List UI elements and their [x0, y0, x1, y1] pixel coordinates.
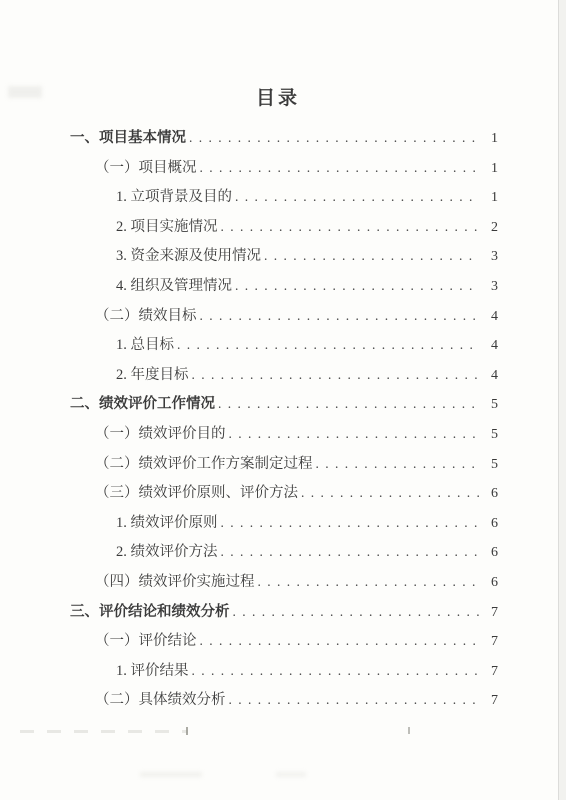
dot-leader: . . . . . . . . . . . . . . . . . . . . …: [177, 330, 479, 360]
toc-entry-label: （四）绩效评价实施过程: [95, 568, 255, 598]
toc-page-number: 6: [484, 479, 498, 509]
toc-page-number: 4: [484, 331, 498, 361]
dot-leader: . . . . . . . . . . . . . . . . . . . . …: [258, 567, 480, 597]
toc-page-number: 5: [484, 450, 498, 480]
scan-smudge-bottom-2: [276, 772, 306, 777]
toc-entry-label: （三）绩效评价原则、评价方法: [95, 479, 298, 509]
toc-row: （三）绩效评价原则、评价方法 . . . . . . . . . . . . .…: [70, 478, 498, 508]
toc-page-number: 3: [484, 272, 498, 302]
dot-leader: . . . . . . . . . . . . . . . . . . . . …: [192, 360, 480, 390]
dot-leader: . . . . . . . . . . . . . . . . . . . . …: [264, 241, 479, 271]
toc-page-number: 2: [484, 213, 498, 243]
page-title: 目录: [0, 83, 556, 110]
toc-page-number: 6: [484, 538, 498, 568]
toc-page-number: 6: [484, 568, 498, 598]
toc-row: （二）具体绩效分析 . . . . . . . . . . . . . . . …: [70, 685, 498, 715]
toc-row: （四）绩效评价实施过程 . . . . . . . . . . . . . . …: [70, 567, 498, 597]
dot-leader: . . . . . . . . . . . . . . . . . . . . …: [221, 537, 480, 567]
scan-smudge-bottom-1: [140, 772, 202, 777]
dot-leader: . . . . . . . . . . . . . . . . . . . . …: [229, 685, 480, 715]
dot-leader: . . . . . . . . . . . . . . . . . . . . …: [233, 597, 480, 627]
toc-page-number: 1: [484, 154, 498, 184]
toc-row: （二）绩效目标 . . . . . . . . . . . . . . . . …: [70, 301, 498, 331]
toc-row: 4. 组织及管理情况 . . . . . . . . . . . . . . .…: [70, 271, 498, 301]
toc-entry-label: （二）具体绩效分析: [95, 686, 226, 716]
scan-tick-mark-right: [408, 727, 410, 734]
dot-leader: . . . . . . . . . . . . . . . . . . . . …: [200, 301, 480, 331]
toc-page-number: 7: [484, 627, 498, 657]
toc-page-number: 5: [484, 420, 498, 450]
scan-tick-mark-left: [186, 727, 188, 735]
toc-page-number: 7: [484, 598, 498, 628]
toc-page-number: 7: [484, 686, 498, 716]
toc-entry-label: 1. 绩效评价原则: [116, 509, 218, 539]
toc-entry-label: 2. 绩效评价方法: [116, 538, 218, 568]
dot-leader: . . . . . . . . . . . . . . . . . . . . …: [235, 182, 479, 212]
toc-row: 二、绩效评价工作情况 . . . . . . . . . . . . . . .…: [70, 389, 498, 419]
toc-page-number: 1: [484, 183, 498, 213]
dot-leader: . . . . . . . . . . . . . . . . . . . . …: [218, 389, 479, 419]
toc-page-number: 6: [484, 509, 498, 539]
toc-row: （一）项目概况 . . . . . . . . . . . . . . . . …: [70, 153, 498, 183]
toc-row: 1. 评价结果 . . . . . . . . . . . . . . . . …: [70, 656, 498, 686]
toc-page-number: 5: [484, 390, 498, 420]
dot-leader: . . . . . . . . . . . . . . . . . . . . …: [316, 449, 480, 479]
toc-page-number: 4: [484, 302, 498, 332]
toc-row: 1. 立项背景及目的 . . . . . . . . . . . . . . .…: [70, 182, 498, 212]
toc-entry-label: （一）绩效评价目的: [95, 420, 226, 450]
toc-row: （一）绩效评价目的 . . . . . . . . . . . . . . . …: [70, 419, 498, 449]
toc-entry-label: 2. 年度目标: [116, 361, 189, 391]
toc-entry-label: （一）评价结论: [95, 627, 197, 657]
toc-row: （二）绩效评价工作方案制定过程 . . . . . . . . . . . . …: [70, 449, 498, 479]
page-edge-shadow-line: [558, 0, 559, 800]
toc-entry-label: 1. 评价结果: [116, 657, 189, 687]
dot-leader: . . . . . . . . . . . . . . . . . . . . …: [301, 478, 479, 508]
toc-entry-label: 一、项目基本情况: [70, 124, 186, 154]
toc-row: 2. 绩效评价方法 . . . . . . . . . . . . . . . …: [70, 537, 498, 567]
scan-smudge-line-bottom: [20, 730, 188, 733]
toc-entry-label: 2. 项目实施情况: [116, 213, 218, 243]
toc-entry-label: （二）绩效目标: [95, 302, 197, 332]
toc-row: 3. 资金来源及使用情况 . . . . . . . . . . . . . .…: [70, 241, 498, 271]
toc-row: 一、项目基本情况 . . . . . . . . . . . . . . . .…: [70, 123, 498, 153]
toc-page-number: 3: [484, 242, 498, 272]
dot-leader: . . . . . . . . . . . . . . . . . . . . …: [229, 419, 480, 449]
dot-leader: . . . . . . . . . . . . . . . . . . . . …: [200, 626, 480, 656]
toc-entry-label: 1. 总目标: [116, 331, 174, 361]
toc-entry-label: 三、评价结论和绩效分析: [70, 598, 230, 628]
toc-entry-label: 4. 组织及管理情况: [116, 272, 232, 302]
toc-page-number: 7: [484, 657, 498, 687]
toc-row: 1. 总目标 . . . . . . . . . . . . . . . . .…: [70, 330, 498, 360]
toc-entry-label: （一）项目概况: [95, 154, 197, 184]
toc-row: 2. 年度目标 . . . . . . . . . . . . . . . . …: [70, 360, 498, 390]
toc-page-number: 4: [484, 361, 498, 391]
toc-page-number: 1: [484, 124, 498, 154]
dot-leader: . . . . . . . . . . . . . . . . . . . . …: [235, 271, 479, 301]
toc-row: 1. 绩效评价原则 . . . . . . . . . . . . . . . …: [70, 508, 498, 538]
toc-row: （一）评价结论 . . . . . . . . . . . . . . . . …: [70, 626, 498, 656]
dot-leader: . . . . . . . . . . . . . . . . . . . . …: [221, 508, 480, 538]
toc-entry-label: （二）绩效评价工作方案制定过程: [95, 450, 313, 480]
dot-leader: . . . . . . . . . . . . . . . . . . . . …: [192, 656, 480, 686]
toc-entry-label: 3. 资金来源及使用情况: [116, 242, 261, 272]
dot-leader: . . . . . . . . . . . . . . . . . . . . …: [200, 153, 480, 183]
toc-list: 一、项目基本情况 . . . . . . . . . . . . . . . .…: [70, 123, 498, 715]
toc-entry-label: 1. 立项背景及目的: [116, 183, 232, 213]
dot-leader: . . . . . . . . . . . . . . . . . . . . …: [221, 212, 480, 242]
dot-leader: . . . . . . . . . . . . . . . . . . . . …: [189, 123, 479, 153]
scanned-document-page: 目录 一、项目基本情况 . . . . . . . . . . . . . . …: [0, 0, 566, 800]
toc-row: 2. 项目实施情况 . . . . . . . . . . . . . . . …: [70, 212, 498, 242]
toc-entry-label: 二、绩效评价工作情况: [70, 390, 215, 420]
toc-row: 三、评价结论和绩效分析 . . . . . . . . . . . . . . …: [70, 597, 498, 627]
page-edge-strip: [559, 0, 566, 800]
